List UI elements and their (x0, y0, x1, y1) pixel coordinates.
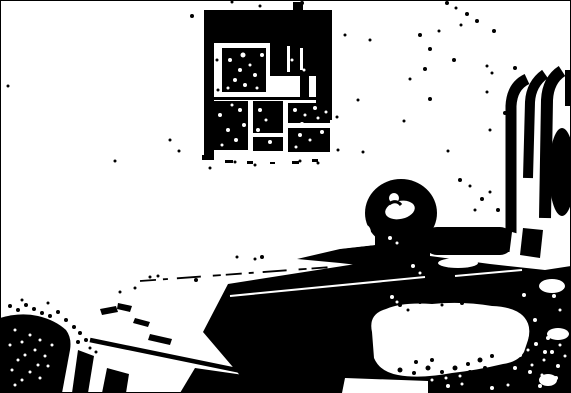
speckle-dot (47, 302, 50, 305)
window-sill-smudge-1 (225, 160, 233, 163)
speckle-dot (337, 149, 340, 152)
speckle-dot (499, 381, 502, 384)
speckle-dot (325, 111, 328, 114)
speckle-dot (428, 47, 432, 51)
speckle-dot (491, 72, 494, 75)
speckle-dot (43, 329, 47, 333)
speckle-dot (407, 309, 410, 312)
speckle-dot (317, 117, 320, 120)
speckle-dot (227, 87, 230, 90)
speckle-dot (254, 258, 257, 261)
window-drip-1 (300, 76, 309, 98)
window-left-foot (202, 155, 214, 160)
speckle-dot (256, 87, 259, 90)
speckle-dot (418, 33, 422, 37)
speckle-dot (17, 359, 20, 362)
speckle-dot (84, 338, 88, 342)
speckle-dot (452, 58, 456, 62)
speckle-dot (396, 242, 399, 245)
speckle-dot (64, 318, 68, 322)
speckle-dot (44, 355, 47, 358)
speckle-dot (313, 106, 317, 110)
speckle-dot (231, 104, 234, 107)
speckle-dot (234, 138, 238, 142)
speckle-dot (169, 139, 172, 142)
speckle-dot (369, 39, 372, 42)
speckle-dot (249, 64, 252, 67)
speckle-dot (423, 67, 427, 71)
speckle-dot (409, 78, 412, 81)
speckle-dot (16, 308, 20, 312)
speckle-dot (431, 379, 434, 382)
speckle-dot (336, 116, 339, 119)
speckle-dot (468, 370, 472, 374)
photo-svg (0, 0, 571, 393)
speckle-dot (412, 371, 416, 375)
speckle-dot (533, 318, 537, 322)
speckle-dot (36, 319, 40, 323)
speckle-dot (531, 364, 534, 367)
speckle-dot (14, 329, 17, 332)
speckle-dot (217, 89, 220, 92)
speckle-dot (258, 108, 262, 112)
speckle-dot (398, 368, 403, 373)
right-wall-patch-1 (539, 279, 565, 293)
speckle-dot (134, 287, 137, 290)
speckle-dot (506, 155, 510, 159)
speckle-dot (209, 167, 212, 170)
window-sill-smudge-2 (247, 161, 253, 164)
speckle-dot (528, 370, 532, 374)
speckle-dot (390, 295, 394, 299)
speckle-dot (541, 374, 544, 377)
speckle-dot (483, 366, 487, 370)
speckle-dot (460, 24, 463, 27)
speckle-dot (554, 376, 558, 380)
cab-edge-bar (565, 70, 571, 106)
window-glint-slit-2 (300, 48, 303, 70)
speckle-dot (268, 140, 272, 144)
speckle-dot (47, 365, 50, 368)
speckle-dot (453, 366, 458, 371)
speckle-dot (234, 161, 237, 164)
speckle-dot (513, 366, 517, 370)
window-glint-slit-1 (287, 46, 290, 72)
speckle-dot (265, 119, 268, 122)
speckle-dot (56, 310, 60, 314)
speckle-dot (446, 384, 450, 388)
speckle-dot (215, 119, 218, 122)
speckle-dot (455, 7, 458, 10)
speckle-dot (34, 349, 37, 352)
speckle-dot (546, 336, 550, 340)
speckle-dot (357, 99, 360, 102)
cab-lower-bar (520, 228, 543, 258)
speckle-dot (414, 360, 418, 364)
speckle-dot (458, 178, 462, 182)
speckle-dot (243, 83, 247, 87)
speckle-dot (259, 5, 262, 8)
speckle-dot (475, 19, 479, 23)
window-sill-smudge-5 (312, 159, 318, 162)
speckle-dot (40, 311, 44, 315)
speckle-dot (461, 383, 464, 386)
right-wall-patch-2 (547, 328, 569, 340)
speckle-dot (218, 113, 222, 117)
speckle-dot (441, 304, 444, 307)
speckle-dot (507, 384, 510, 387)
speckle-dot (48, 314, 52, 318)
speckle-dot (291, 59, 294, 62)
speckle-dot (469, 185, 472, 188)
speckle-dot (398, 303, 402, 307)
speckle-dot (256, 128, 260, 132)
speckle-dot (489, 129, 492, 132)
speckle-dot (29, 334, 32, 337)
speckle-dot (78, 331, 82, 335)
speckle-dot (221, 144, 224, 147)
speckle-dot (460, 301, 464, 305)
speckle-dot (480, 197, 484, 201)
sack-top-right-lobe (499, 312, 529, 352)
speckle-dot (522, 293, 526, 297)
speckle-dot (550, 350, 554, 354)
speckle-dot (503, 111, 507, 115)
speckle-dot (418, 300, 422, 304)
speckle-dot (543, 350, 547, 354)
speckle-dot (254, 164, 257, 167)
speckle-dot (178, 150, 181, 153)
speckle-dot (556, 364, 560, 368)
speckle-dot (231, 1, 234, 4)
speckle-dot (490, 386, 494, 390)
speckle-dot (253, 73, 257, 77)
speckle-dot (430, 358, 434, 362)
speckle-dot (534, 342, 538, 346)
speckle-dot (447, 150, 450, 153)
speckle-dot (13, 317, 17, 321)
speckle-dot (32, 307, 36, 311)
speckle-dot (309, 139, 312, 142)
speckle-dot (260, 53, 264, 57)
speckle-dot (89, 347, 92, 350)
ground-shadow (0, 314, 71, 393)
speckle-dot (228, 58, 232, 62)
speckle-dot (518, 353, 522, 357)
speckle-dot (260, 255, 264, 259)
speckle-dot (465, 12, 469, 16)
speckle-dot (39, 339, 42, 342)
speckle-dot (50, 324, 54, 328)
speckle-dot (396, 301, 399, 304)
speckle-dot (304, 114, 307, 117)
window-sill-smudge-4 (292, 161, 299, 164)
ear-notch (361, 225, 371, 241)
speckle-dot (95, 351, 98, 354)
speckle-dot (7, 85, 10, 88)
speckle-dot (24, 354, 27, 357)
speckle-dot (51, 344, 54, 347)
speckle-dot (37, 364, 40, 367)
speckle-dot (419, 272, 422, 275)
speckle-dot (543, 359, 546, 362)
speckle-dot (428, 97, 432, 101)
speckle-dot (445, 377, 448, 380)
speckle-dot (21, 379, 24, 382)
speckle-dot (76, 340, 80, 344)
speckle-dot (236, 256, 239, 259)
bulge-under-gap (438, 258, 478, 268)
speckle-dot (190, 14, 194, 18)
speckle-dot (517, 337, 520, 340)
speckle-dot (21, 341, 24, 344)
speckle-dot (300, 122, 304, 126)
speckle-dot (114, 160, 117, 163)
window-top-band (204, 10, 332, 43)
speckle-dot (403, 120, 406, 123)
speckle-dot (26, 315, 30, 319)
speckle-dot (492, 29, 496, 33)
speckle-dot (317, 162, 320, 165)
speckle-dot (445, 1, 449, 5)
speckle-dot (24, 303, 28, 307)
speckle-dot (344, 34, 347, 37)
speckle-dot (478, 358, 483, 363)
binarized-photo (0, 0, 571, 393)
speckle-dot (39, 377, 42, 380)
speckle-dot (527, 349, 530, 352)
speckle-dot (320, 130, 324, 134)
speckle-dot (226, 128, 230, 132)
speckle-dot (489, 191, 492, 194)
speckle-dot (362, 151, 365, 154)
speckle-dot (303, 69, 306, 72)
speckle-dot (29, 371, 32, 374)
speckle-dot (440, 370, 444, 374)
speckle-dot (438, 30, 441, 33)
window-left-frame (204, 43, 214, 157)
speckle-dot (238, 68, 242, 72)
speckle-dot (466, 362, 470, 366)
speckle-dot (490, 354, 494, 358)
speckle-dot (411, 264, 415, 268)
speckle-dot (538, 384, 542, 388)
speckle-dot (496, 208, 500, 212)
speckle-dot (14, 384, 17, 387)
speckle-dot (486, 65, 489, 68)
speckle-dot (216, 139, 219, 142)
speckle-dot (426, 366, 431, 371)
speckle-dot (8, 304, 12, 308)
speckle-dot (233, 78, 237, 82)
speckle-dot (298, 133, 302, 137)
speckle-dot (459, 375, 462, 378)
window-pane-lower-4 (288, 103, 330, 123)
speckle-dot (9, 344, 12, 347)
window-sill-smudge-3 (270, 162, 275, 164)
speckle-dot (241, 53, 246, 58)
speckle-dot (242, 123, 246, 127)
speckle-dot (238, 108, 242, 112)
speckle-dot (216, 59, 219, 62)
speckle-dot (552, 294, 556, 298)
speckle-dot (66, 339, 70, 343)
speckle-dot (564, 355, 567, 358)
speckle-dot (388, 236, 392, 240)
speckle-dot (119, 291, 122, 294)
speckle-dot (486, 91, 489, 94)
window-meeting-rail (214, 97, 332, 100)
window-pane-lower-3 (253, 137, 283, 151)
speckle-dot (21, 299, 24, 302)
speckle-dot (559, 344, 562, 347)
speckle-dot (293, 108, 297, 112)
speckle-dot (474, 209, 477, 212)
speckle-dot (299, 160, 302, 163)
rod-bulge (424, 227, 513, 255)
speckle-dot (194, 278, 198, 282)
speckle-dot (149, 276, 152, 279)
speckle-dot (295, 146, 298, 149)
speckle-dot (510, 343, 514, 347)
speckle-dot (11, 369, 14, 372)
speckle-dot (513, 66, 517, 70)
speckle-dot (58, 332, 62, 336)
speckle-dot (72, 325, 76, 329)
speckle-dot (300, 1, 304, 5)
speckle-dot (157, 275, 160, 278)
speckle-dot (559, 309, 562, 312)
